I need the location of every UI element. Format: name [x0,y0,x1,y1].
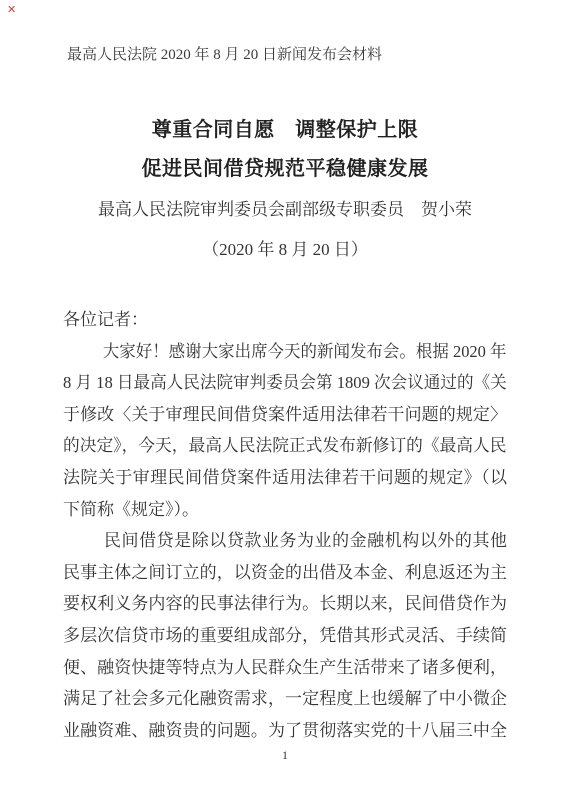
body-line: 要权利义务内容的民事法律行为。长期以来，民间借贷作为 [63,588,507,620]
body-line: 民事主体之间订立的，以资金的出借及本金、利息返还为主 [63,557,507,589]
document-title-line2: 促进民间借贷规范平稳健康发展 [0,156,570,182]
author-byline: 最高人民法院审判委员会副部级专职委员 贺小荣 [0,199,570,221]
body-line: 业融资难、融资贵的问题。为了贯彻落实党的十八届三中全 [63,715,507,747]
body-line: 便、融资快捷等特点为人民群众生产生活带来了诸多便利， [63,652,507,684]
salutation: 各位记者： [63,304,507,336]
document-date: （2020 年 8 月 20 日） [0,239,570,261]
red-cross-icon: ✕ [7,4,16,15]
paragraph-2: 民间借贷是除以贷款业务为业的金融机构以外的其他民事主体之间订立的，以资金的出借及… [63,525,507,746]
body-line: 的决定》，今天，最高人民法院正式发布新修订的《最高人民 [63,430,500,462]
body-line: 下简称《规定》）。 [63,494,507,526]
body-line: 8 月 18 日最高人民法院审判委员会第 1809 次会议通过的《关 [63,367,496,399]
body-line: 于修改〈关于审理民间借贷案件适用法律若干问题的规定〉 [63,399,507,431]
document-body: 各位记者： 大家好！感谢大家出席今天的新闻发布会。根据 2020 年8 月 18… [63,304,507,746]
page-number: 1 [0,748,570,762]
document-title-line1: 尊重合同自愿 调整保护上限 [0,117,570,143]
document-header: 最高人民法院 2020 年 8 月 20 日新闻发布会材料 [67,45,382,65]
paragraph-1: 大家好！感谢大家出席今天的新闻发布会。根据 2020 年8 月 18 日最高人民… [63,336,507,526]
document-page: ✕ 最高人民法院 2020 年 8 月 20 日新闻发布会材料 尊重合同自愿 调… [0,0,570,801]
body-line: 民间借贷是除以贷款业务为业的金融机构以外的其他 [63,525,507,557]
body-line: 法院关于审理民间借贷案件适用法律若干问题的规定》（以 [63,462,507,494]
body-line: 多层次信贷市场的重要组成部分，凭借其形式灵活、手续简 [63,620,507,652]
body-line: 大家好！感谢大家出席今天的新闻发布会。根据 2020 年 [63,336,493,368]
body-line: 满足了社会多元化融资需求，一定程度上也缓解了中小微企 [63,683,507,715]
